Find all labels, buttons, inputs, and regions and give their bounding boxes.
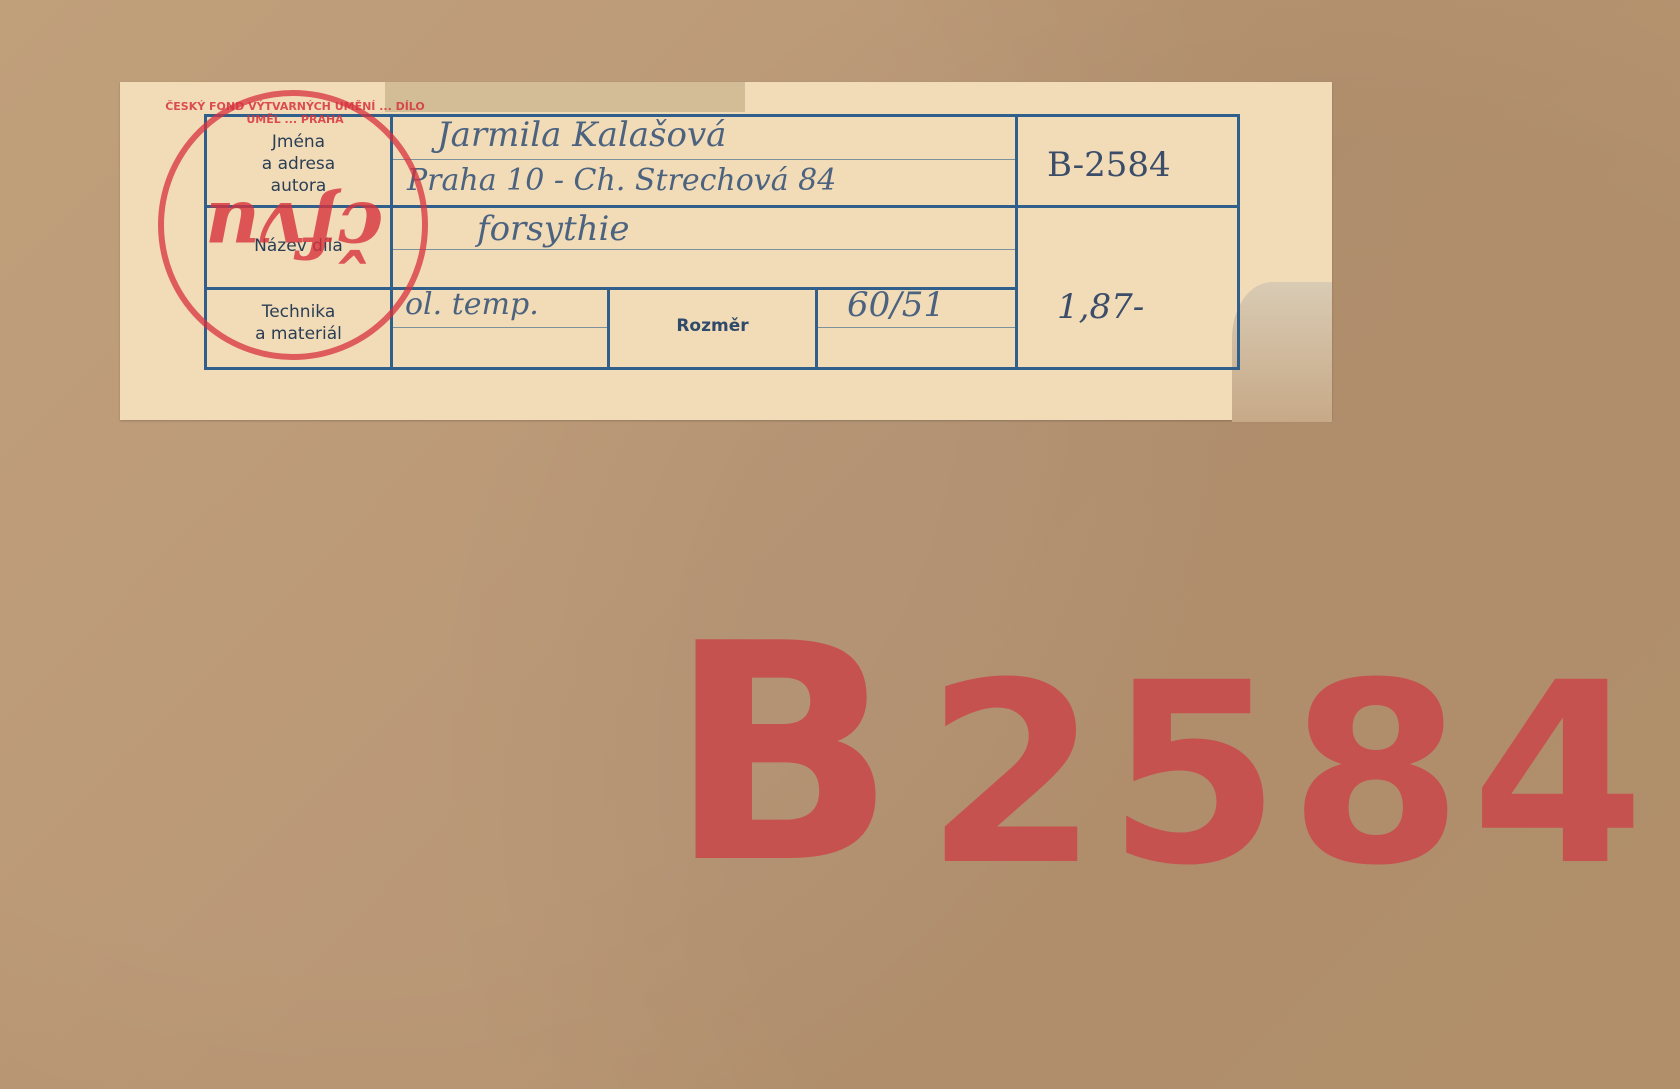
size-handwritten: 60/51 xyxy=(847,285,945,325)
author-address-handwritten: Praha 10 - Ch. Strechová 84 xyxy=(407,163,836,198)
title-handwritten: forsythie xyxy=(477,209,630,249)
stamp-ring-text: ČESKÝ FOND VÝTVARNÝCH UMĚNÍ ... DÍLO UMĚ… xyxy=(165,100,425,126)
tape-strip xyxy=(385,82,745,112)
price-handwritten: 1,87- xyxy=(1057,287,1144,327)
torn-corner xyxy=(1232,282,1332,422)
inventory-number-handwritten: B-2584 xyxy=(1047,145,1171,185)
size-field-label: Rozměr xyxy=(610,315,815,337)
author-name-handwritten: Jarmila Kalašová xyxy=(437,115,726,155)
stamp-logo: čfvu xyxy=(205,185,383,274)
stamped-digits: 2584 xyxy=(925,655,1653,895)
stamped-letter: B xyxy=(668,615,897,895)
technique-handwritten: ol. temp. xyxy=(405,287,539,322)
